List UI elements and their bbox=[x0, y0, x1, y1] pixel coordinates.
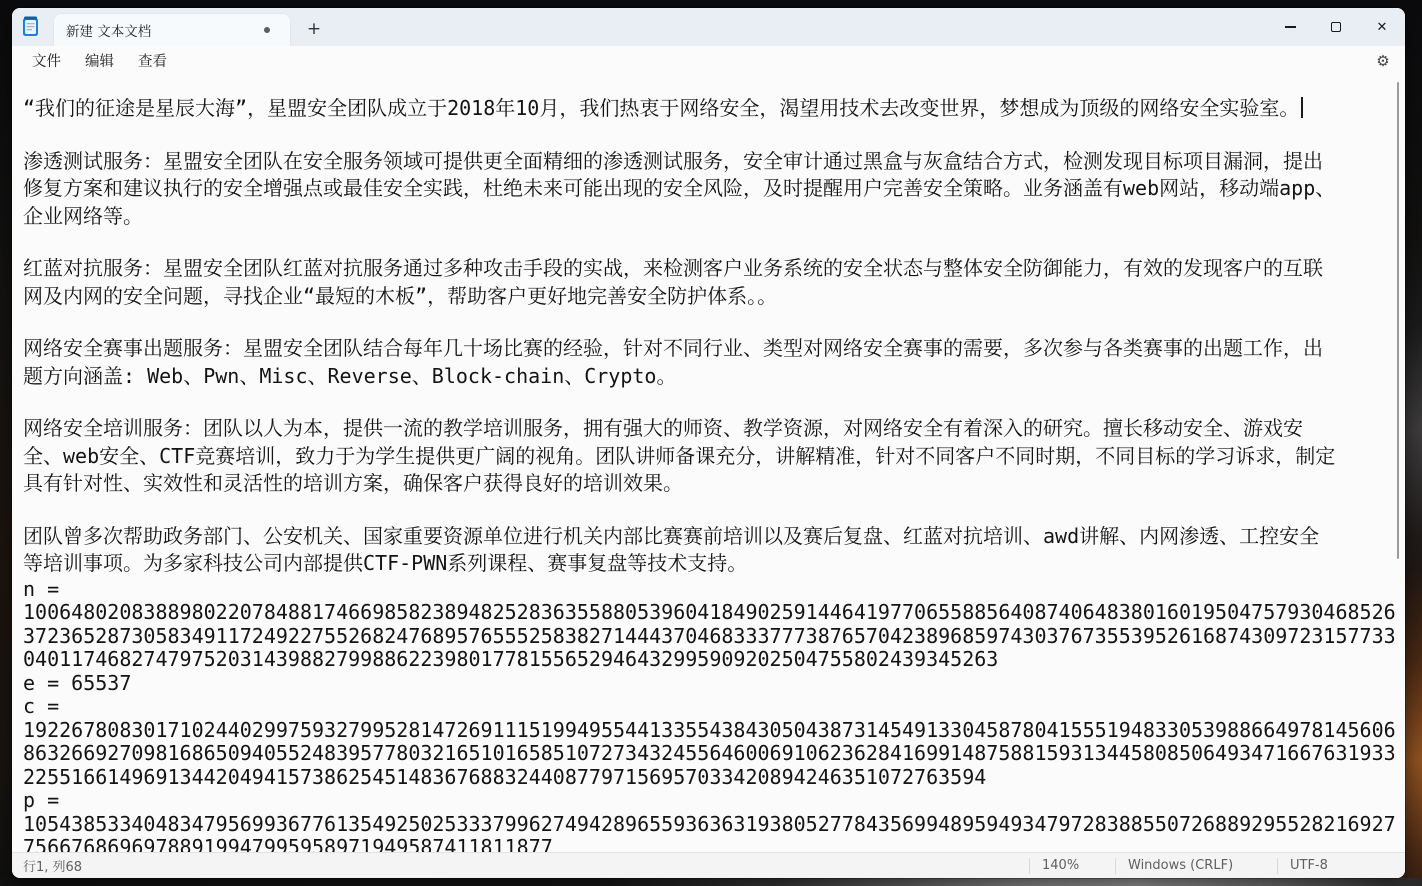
line-ending-indicator: Windows (CRLF) bbox=[1115, 858, 1277, 874]
editor-line: e = 65537 bbox=[23, 672, 1405, 696]
editor-line: 具有针对性、实效性和灵活性的培训方案，确保客户获得良好的培训效果。 bbox=[23, 470, 1405, 498]
minimize-button[interactable] bbox=[1267, 8, 1313, 46]
editor-line: 7566768696978891994799595897194958741181… bbox=[23, 836, 1405, 852]
menu-bar: 文件 编辑 查看 ⚙ bbox=[12, 46, 1405, 75]
editor-line: 网络安全培训服务：团队以人为本，提供一流的教学培训服务，拥有强大的师资、教学资源… bbox=[23, 415, 1405, 443]
editor-line: 渗透测试服务：星盟安全团队在安全服务领域可提供更全面精细的渗透测试服务，安全审计… bbox=[23, 148, 1405, 176]
editor-line: 企业网络等。 bbox=[23, 203, 1405, 231]
editor-line: p = bbox=[23, 789, 1405, 813]
maximize-button[interactable] bbox=[1313, 8, 1359, 46]
window-controls: ✕ bbox=[1267, 8, 1405, 46]
editor-line: 红蓝对抗服务：星盟安全团队红蓝对抗服务通过多种攻击手段的实战，来检测客户业务系统… bbox=[23, 255, 1405, 283]
text-editor[interactable]: “我们的征途是星辰大海”，星盟安全团队成立于2018年10月，我们热衷于网络安全… bbox=[12, 75, 1405, 852]
vertical-scrollbar[interactable] bbox=[1397, 82, 1400, 559]
editor-line bbox=[23, 310, 1405, 335]
editor-line bbox=[23, 230, 1405, 255]
notepad-app-icon bbox=[22, 16, 40, 37]
editor-line: n = bbox=[23, 578, 1405, 602]
status-right-group: 140% Windows (CRLF) UTF-8 bbox=[1029, 853, 1405, 878]
editor-line: c = bbox=[23, 695, 1405, 719]
taskbar-sliver bbox=[0, 878, 1422, 886]
tab-title: 新建 文本文档 bbox=[66, 20, 151, 40]
gear-icon: ⚙ bbox=[1376, 52, 1389, 70]
editor-line: 1006480208388980220784881746698582389482… bbox=[23, 601, 1405, 625]
editor-line: 修复方案和建议执行的安全增强点或最佳安全实践，杜绝未来可能出现的安全风险，及时提… bbox=[23, 175, 1405, 203]
editor-line: 网及内网的安全问题，寻找企业“最短的木板”，帮助客户更好地完善安全防护体系。。 bbox=[23, 283, 1405, 311]
new-tab-button[interactable]: + bbox=[299, 14, 329, 44]
maximize-icon bbox=[1331, 22, 1341, 32]
editor-line: 1054385334048347956993677613549250253337… bbox=[23, 813, 1405, 837]
editor-line: 网络安全赛事出题服务：星盟安全团队结合每年几十场比赛的经验，针对不同行业、类型对… bbox=[23, 335, 1405, 363]
editor-line: 全、web安全、CTF竞赛培训，致力于为学生提供更广阔的视角。团队讲师备课充分，… bbox=[23, 443, 1405, 471]
editor-line bbox=[23, 498, 1405, 523]
menu-file[interactable]: 文件 bbox=[20, 47, 73, 74]
editor-line: 8632669270981686509405524839577803216510… bbox=[23, 742, 1405, 766]
editor-line: “我们的征途是星辰大海”，星盟安全团队成立于2018年10月，我们热衷于网络安全… bbox=[23, 95, 1405, 123]
settings-button[interactable]: ⚙ bbox=[1371, 49, 1395, 73]
editor-line: 等培训事项。为多家科技公司内部提供CTF-PWN系列课程、赛事复盘等技术支持。 bbox=[23, 550, 1405, 578]
editor-line: 0401174682747975203143988279988622398017… bbox=[23, 648, 1405, 672]
close-icon: ✕ bbox=[1377, 21, 1388, 34]
notepad-window: 新建 文本文档 + ✕ 文件 编辑 查看 ⚙ “我们的征途是星辰大海”，星盟安全… bbox=[12, 8, 1405, 878]
status-bar: 行1, 列68 140% Windows (CRLF) UTF-8 bbox=[12, 852, 1405, 878]
menu-edit[interactable]: 编辑 bbox=[73, 47, 126, 74]
menu-view[interactable]: 查看 bbox=[126, 47, 179, 74]
text-caret bbox=[1301, 97, 1303, 118]
editor-line bbox=[23, 123, 1405, 148]
encoding-indicator: UTF-8 bbox=[1277, 858, 1405, 874]
editor-line bbox=[23, 390, 1405, 415]
cursor-position-indicator: 行1, 列68 bbox=[12, 856, 82, 875]
minimize-icon bbox=[1285, 26, 1296, 27]
editor-line: 团队曾多次帮助政务部门、公安机关、国家重要资源单位进行机关内部比赛赛前培训以及赛… bbox=[23, 523, 1405, 551]
editor-line: 题方向涵盖: Web、Pwn、Misc、Reverse、Block-chain、… bbox=[23, 363, 1405, 391]
unsaved-indicator-dot bbox=[264, 27, 270, 33]
title-bar[interactable]: 新建 文本文档 + ✕ bbox=[12, 8, 1405, 46]
editor-line: 2255166149691344204941573862545148367688… bbox=[23, 766, 1405, 790]
editor-line: 1922678083017102440299759327995281472691… bbox=[23, 719, 1405, 743]
tab-new-text-document[interactable]: 新建 文本文档 bbox=[53, 13, 291, 46]
zoom-level-indicator: 140% bbox=[1029, 858, 1115, 874]
editor-lines: “我们的征途是星辰大海”，星盟安全团队成立于2018年10月，我们热衷于网络安全… bbox=[23, 95, 1405, 852]
close-button[interactable]: ✕ bbox=[1359, 8, 1405, 46]
editor-line: 3723652873058349117249227552682476895765… bbox=[23, 625, 1405, 649]
